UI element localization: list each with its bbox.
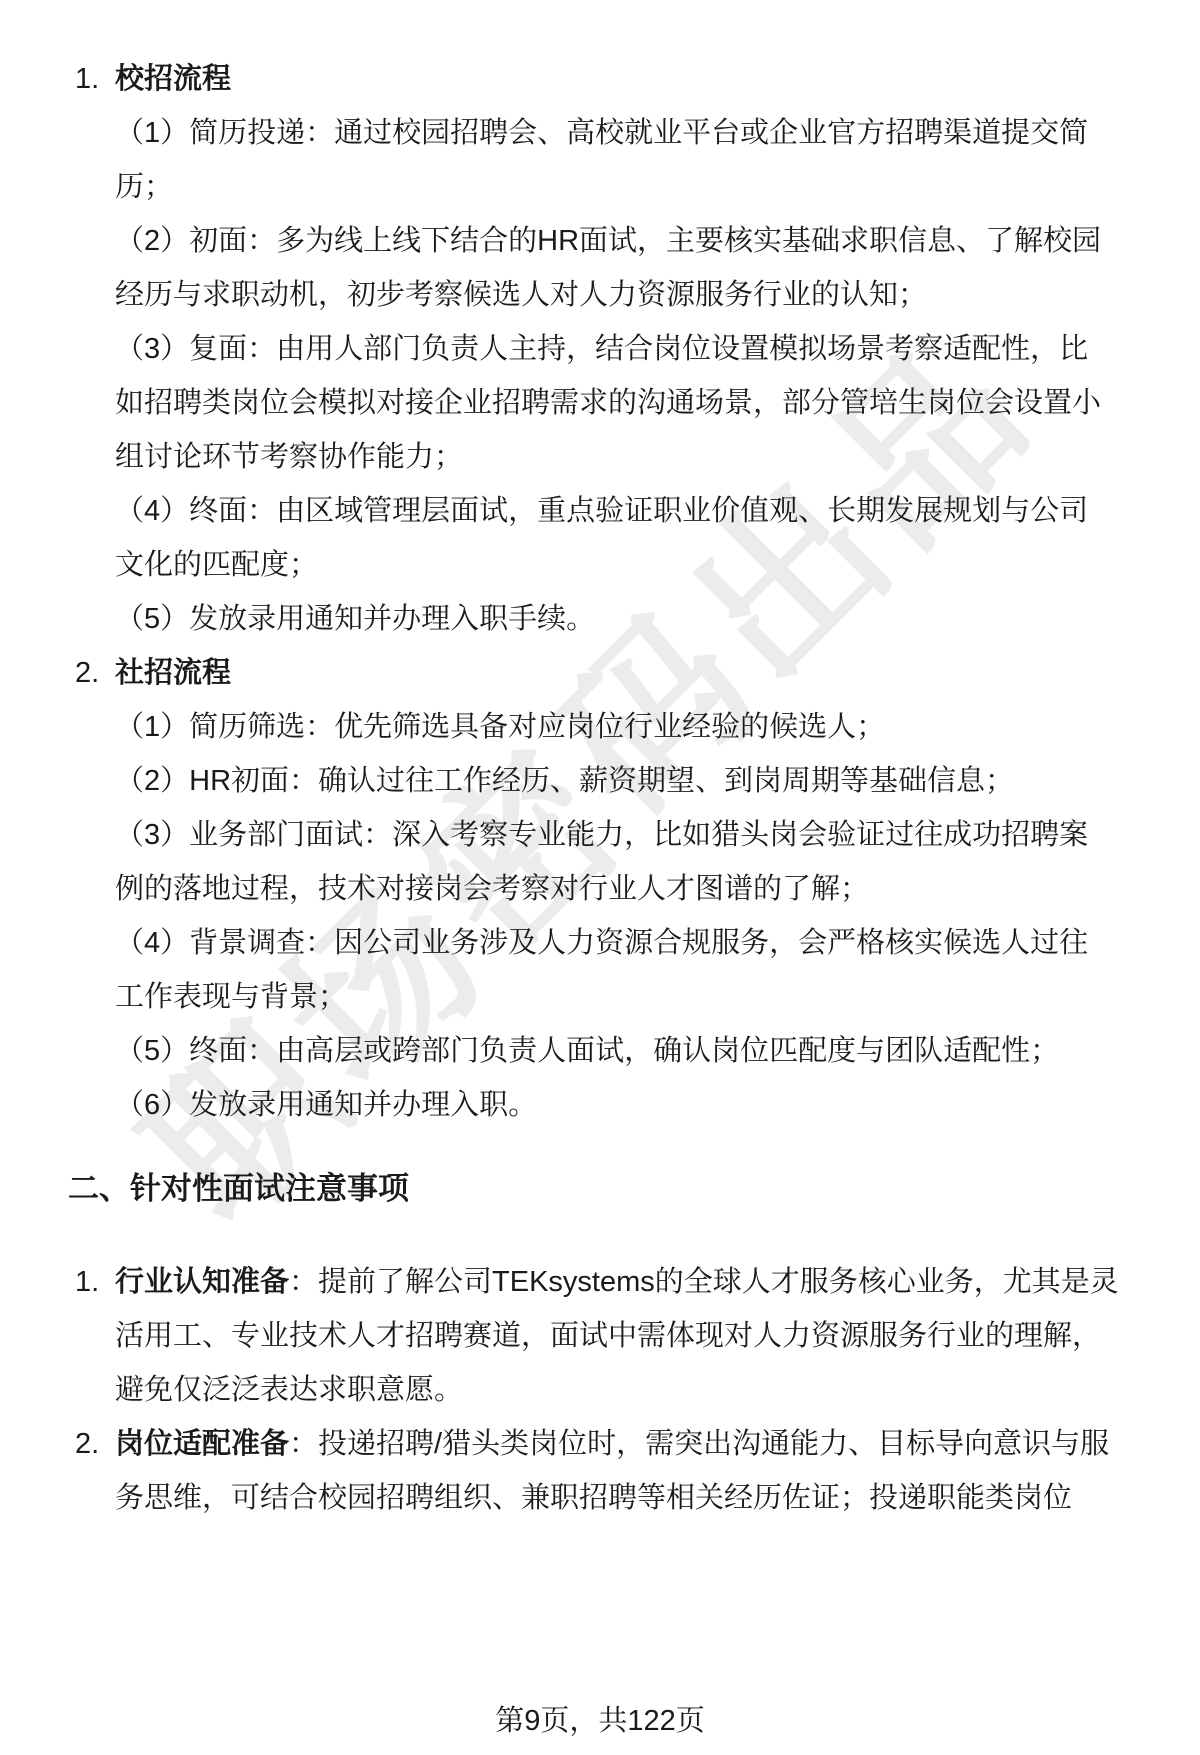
document-body: 1.校招流程（1）简历投递：通过校园招聘会、高校就业平台或企业官方招聘渠道提交简… xyxy=(115,52,1119,1525)
text-line: 务思维，可结合校园招聘组织、兼职招聘等相关经历佐证；投递职能类岗位 xyxy=(115,1471,1119,1525)
text-line: （5）终面：由高层或跨部门负责人面试，确认岗位匹配度与团队适配性； xyxy=(115,1024,1119,1078)
text-line: （3）业务部门面试：深入考察专业能力，比如猎头岗会验证过往成功招聘案 xyxy=(115,808,1119,862)
list-text: ：提前了解公司TEKsystems的全球人才服务核心业务，尤其是灵 xyxy=(289,1266,1119,1298)
text-line: 组讨论环节考察协作能力； xyxy=(115,430,1119,484)
text-line: 如招聘类岗位会模拟对接企业招聘需求的沟通场景，部分管培生岗位会设置小 xyxy=(115,376,1119,430)
text-line: 历； xyxy=(115,160,1119,214)
list-heading: 1.校招流程 xyxy=(115,52,1119,106)
text-line: （2）初面：多为线上线下结合的HR面试，主要核实基础求职信息、了解校园 xyxy=(115,214,1119,268)
list-heading: 1.行业认知准备：提前了解公司TEKsystems的全球人才服务核心业务，尤其是… xyxy=(115,1255,1119,1309)
list-title: 岗位适配准备 xyxy=(115,1428,289,1460)
list-heading: 2.社招流程 xyxy=(115,646,1119,700)
text-line: （5）发放录用通知并办理入职手续。 xyxy=(115,592,1119,646)
list-heading: 2.岗位适配准备：投递招聘/猎头类岗位时，需突出沟通能力、目标导向意识与服 xyxy=(115,1417,1119,1471)
list-title: 行业认知准备 xyxy=(115,1266,289,1298)
list-number: 2. xyxy=(75,646,99,700)
list-text: ：投递招聘/猎头类岗位时，需突出沟通能力、目标导向意识与服 xyxy=(289,1428,1109,1460)
text-line: （6）发放录用通知并办理入职。 xyxy=(115,1078,1119,1132)
text-line: （1）简历投递：通过校园招聘会、高校就业平台或企业官方招聘渠道提交简 xyxy=(115,106,1119,160)
text-line: 活用工、专业技术人才招聘赛道，面试中需体现对人力资源服务行业的理解， xyxy=(115,1309,1119,1363)
text-line: （4）背景调查：因公司业务涉及人力资源合规服务，会严格核实候选人过往 xyxy=(115,916,1119,970)
text-line: 经历与求职动机，初步考察候选人对人力资源服务行业的认知； xyxy=(115,268,1119,322)
list-title: 社招流程 xyxy=(115,657,231,689)
document-page: 职场密码出品 1.校招流程（1）简历投递：通过校园招聘会、高校就业平台或企业官方… xyxy=(0,0,1200,1755)
section-heading: 二、针对性面试注意事项 xyxy=(68,1162,1119,1216)
text-line: （4）终面：由区域管理层面试，重点验证职业价值观、长期发展规划与公司 xyxy=(115,484,1119,538)
list-number: 1. xyxy=(75,52,99,106)
text-line: 文化的匹配度； xyxy=(115,538,1119,592)
text-line: （2）HR初面：确认过往工作经历、薪资期望、到岗周期等基础信息； xyxy=(115,754,1119,808)
text-line: 避免仅泛泛表达求职意愿。 xyxy=(115,1363,1119,1417)
list-number: 1. xyxy=(75,1255,99,1309)
text-line: 工作表现与背景； xyxy=(115,970,1119,1024)
text-line: 例的落地过程，技术对接岗会考察对行业人才图谱的了解； xyxy=(115,862,1119,916)
list-number: 2. xyxy=(75,1417,99,1471)
page-footer: 第9页，共122页 xyxy=(0,1694,1200,1748)
text-line: （1）简历筛选：优先筛选具备对应岗位行业经验的候选人； xyxy=(115,700,1119,754)
text-line: （3）复面：由用人部门负责人主持，结合岗位设置模拟场景考察适配性，比 xyxy=(115,322,1119,376)
list-title: 校招流程 xyxy=(115,63,231,95)
